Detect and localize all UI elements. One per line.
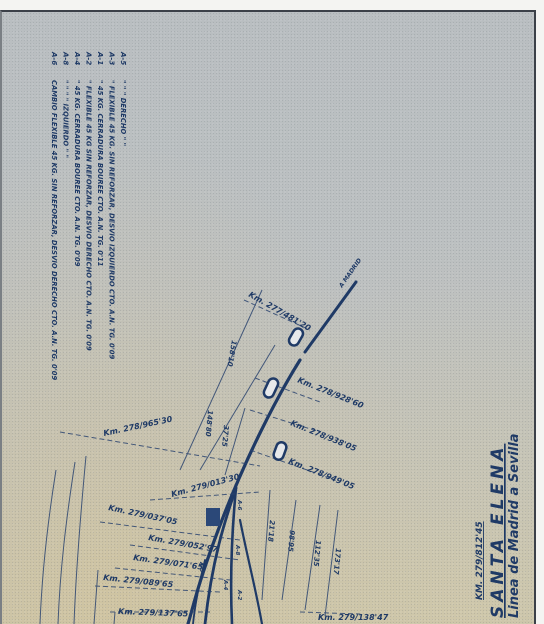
dimension-label: 158'10	[225, 340, 238, 368]
main-track	[305, 282, 356, 352]
km-point-label: Km. 278/965'30	[103, 414, 174, 438]
switch-label: A-6	[236, 499, 242, 511]
dimension-label: 37'25	[220, 425, 230, 447]
km-point-label: Km. 279/138'47	[318, 613, 389, 622]
legend-text: " 45 KG. CERRADURA BOUREE CTO. A.N. TG. …	[73, 80, 81, 267]
switch-label: A-8	[234, 544, 240, 556]
km-point-label: Km. 278/928'60	[296, 376, 365, 411]
legend-text: " " " " IZQUIERDO " "	[62, 80, 70, 158]
switch-label: A-4	[222, 579, 228, 591]
title-km: KM. 279/812'45	[475, 521, 485, 600]
km-point-label: Km. 279/137'65	[118, 607, 189, 618]
dimension-label: 112'35	[312, 540, 322, 567]
legend-text: " 45 KG. CERRADURA BOUREE CTO. A.N. TG. …	[96, 80, 104, 267]
km-point-label: Km. 279/037'05	[108, 503, 179, 527]
legend-text: CAMBIO FLEXIBLE 45 KG. SIN REFORZAR, DES…	[50, 80, 58, 381]
km-point-label: Km. 277/481'20	[247, 290, 313, 333]
legend-id: A-5	[119, 51, 127, 65]
switch-label: A-5	[198, 561, 204, 573]
building-icon	[206, 508, 220, 526]
signals	[262, 327, 305, 461]
km-point-label: Km. 279/071'65	[133, 553, 204, 572]
legend-id: A-1	[96, 51, 104, 65]
legend: A-6CAMBIO FLEXIBLE 45 KG. SIN REFORZAR, …	[50, 51, 127, 381]
km-point-label: Km. 279/052'97	[148, 533, 219, 554]
km-point-label: Km. 278/938'05	[289, 419, 358, 454]
legend-id: A-2	[85, 51, 93, 65]
legend-text: " FLEXIBLE 45 KG SIN REFORZAR, DESVIO DE…	[85, 80, 93, 351]
km-point-label: Km. 279/013'30	[170, 472, 241, 499]
signal-icon	[287, 327, 305, 348]
legend-id: A-6	[50, 51, 58, 65]
legend-id: A-3	[108, 51, 116, 65]
legend-id: A-4	[73, 51, 81, 65]
title-station: SANTA ELENA	[488, 444, 508, 618]
legend-id: A-8	[62, 51, 70, 65]
switch-label: A-2	[236, 589, 242, 601]
legend-text: " FLEXIBLE 45 KG. SIN REFORZAR, DESVIO I…	[108, 80, 116, 360]
track-direction-label: A MADRID	[337, 257, 363, 290]
signal-icon	[272, 441, 288, 461]
signal-icon	[262, 377, 280, 399]
dimension-label: 98'95	[286, 530, 296, 552]
track-plan-drawing: A-6CAMBIO FLEXIBLE 45 KG. SIN REFORZAR, …	[0, 0, 544, 624]
title-line: Linea de Madrid a Sevilla	[507, 433, 522, 618]
km-point-label: Km. 278/949'05	[287, 457, 356, 492]
legend-text: " " " DERECHO " "	[119, 80, 127, 146]
